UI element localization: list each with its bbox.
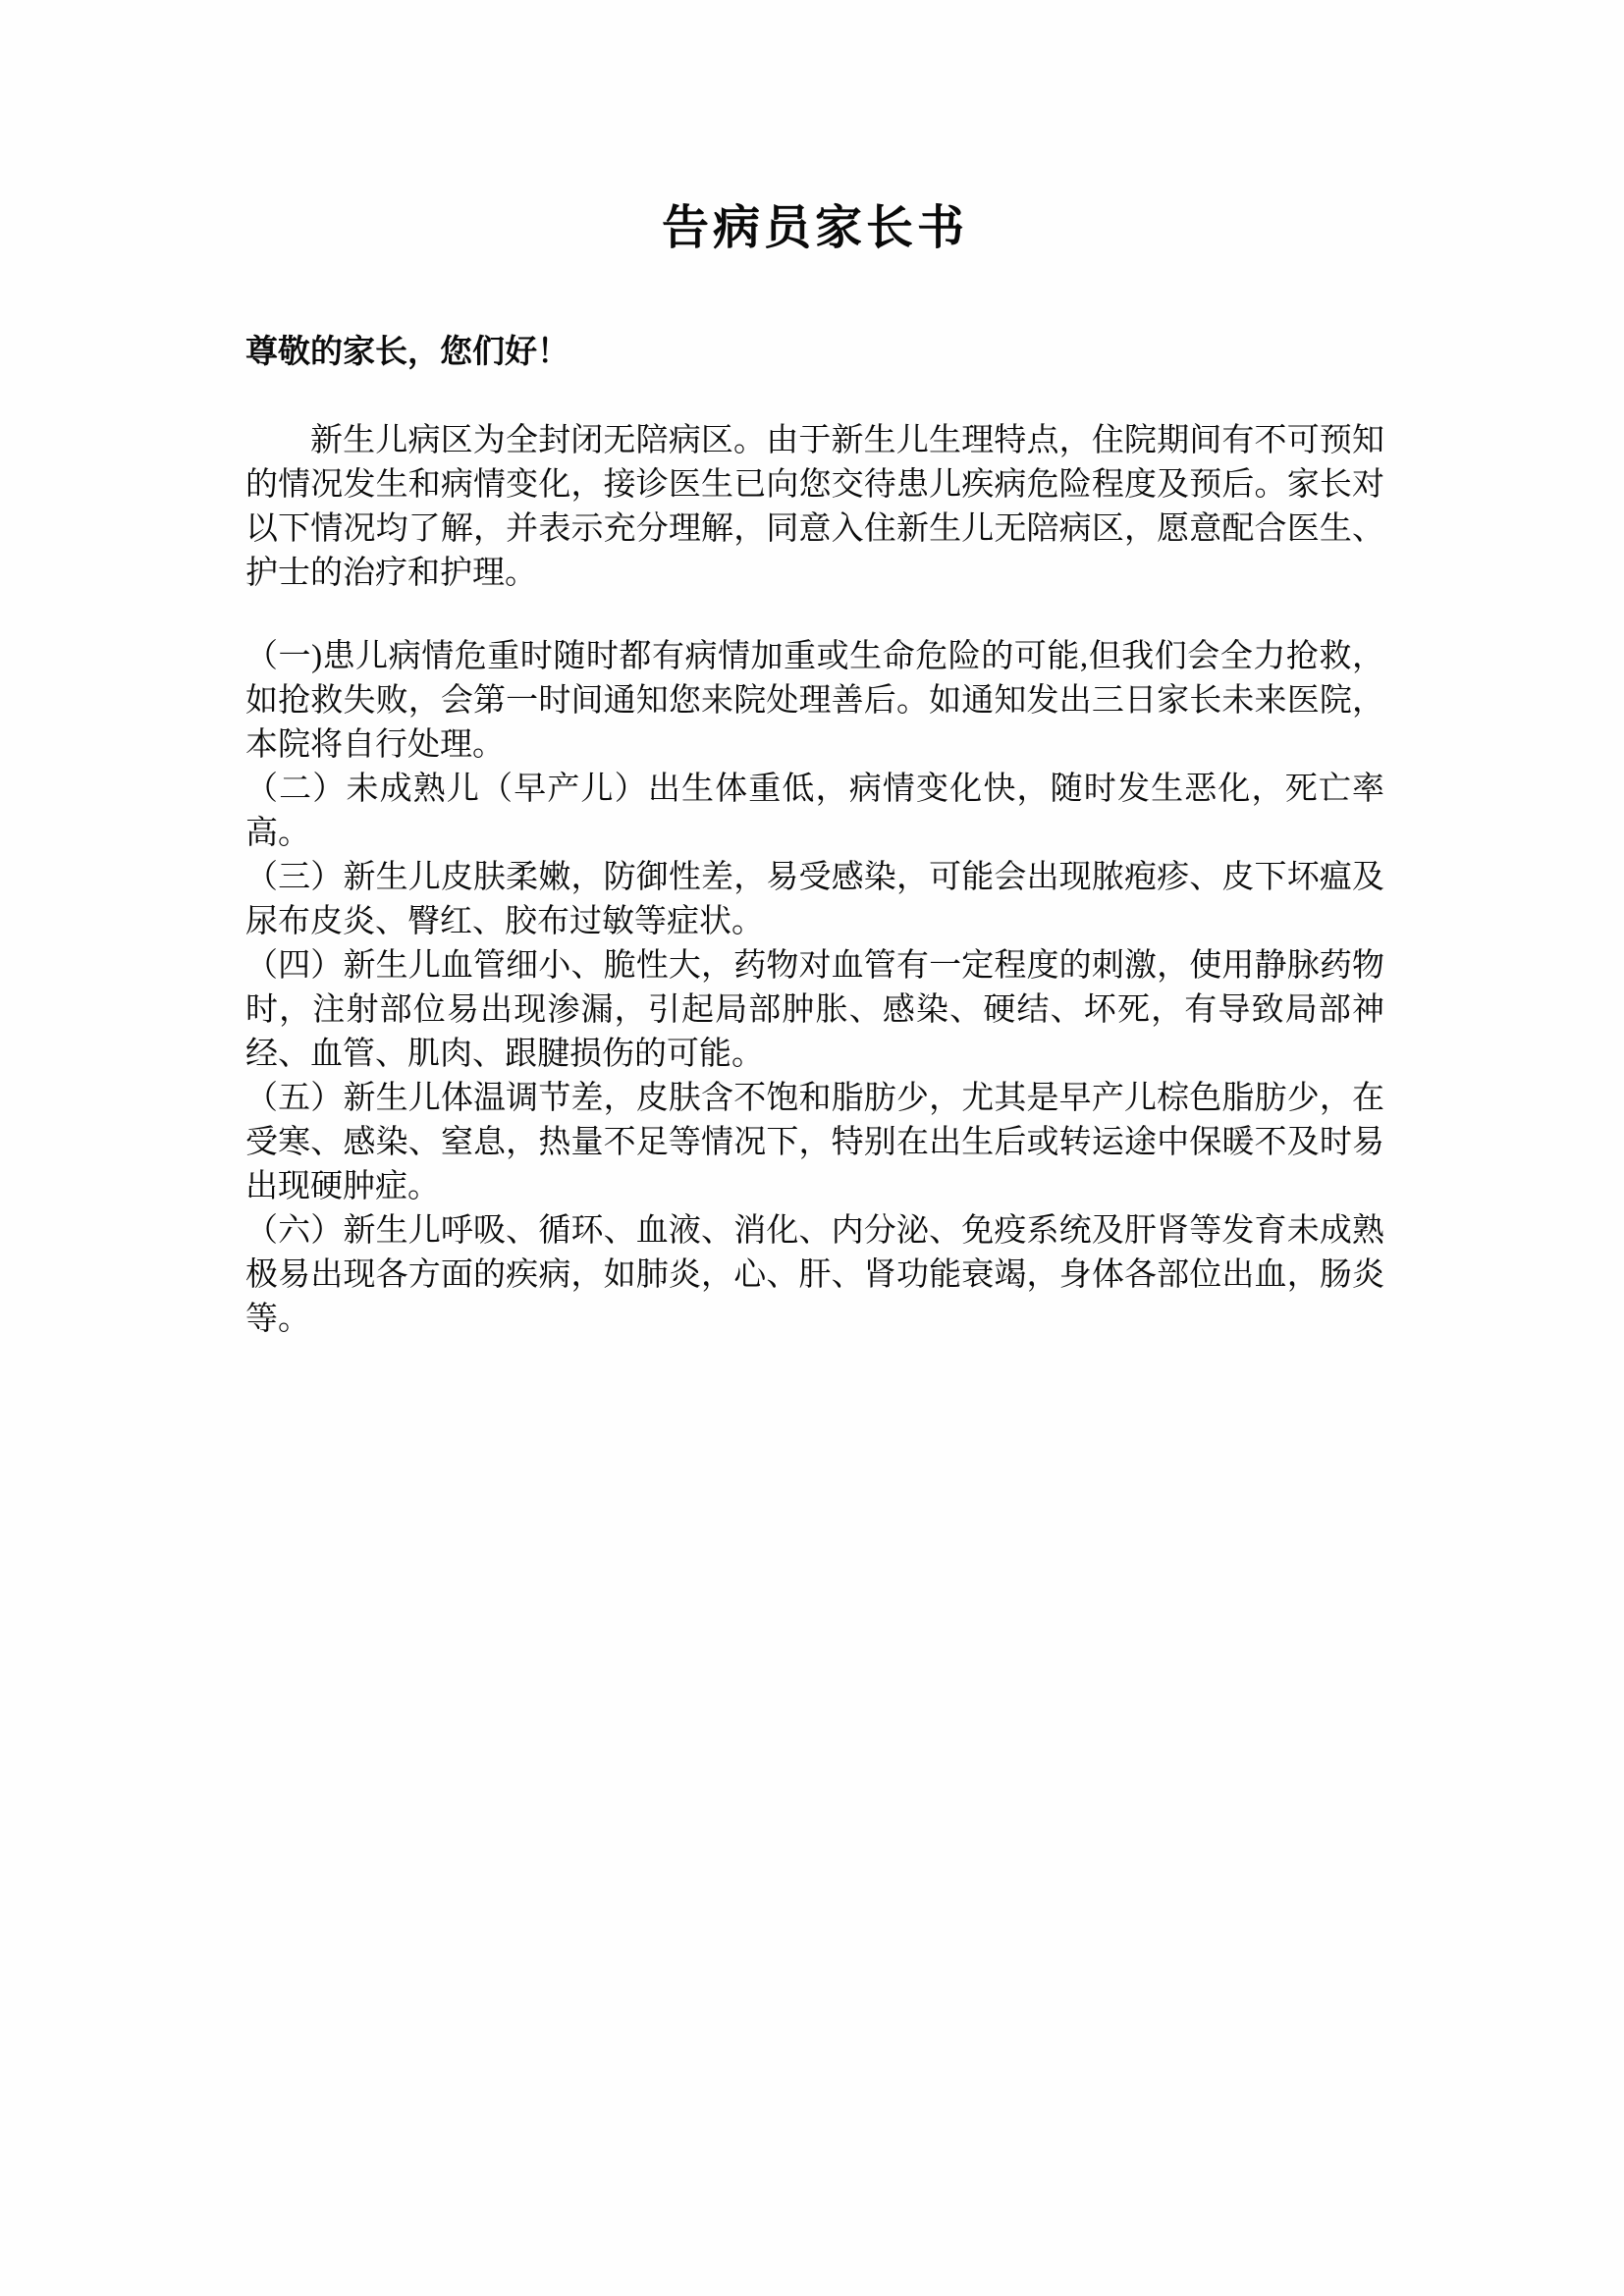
greeting-line: 尊敬的家长，您们好！ xyxy=(245,331,1384,375)
page-title: 告病员家长书 xyxy=(245,196,1384,261)
clause-2: （二）未成熟儿（早产儿）出生体重低，病情变化快，随时发生恶化，死亡率高。 xyxy=(245,768,1384,856)
document-content: 告病员家长书 尊敬的家长，您们好！ 新生儿病区为全封闭无陪病区。由于新生儿生理特… xyxy=(0,0,1624,1342)
clause-4: （四）新生儿血管细小、脆性大，药物对血管有一定程度的刺激，使用静脉药物时，注射部… xyxy=(245,944,1384,1077)
clause-6: （六）新生儿呼吸、循环、血液、消化、内分泌、免疫系统及肝肾等发育未成熟极易出现各… xyxy=(245,1209,1384,1342)
intro-paragraph: 新生儿病区为全封闭无陪病区。由于新生儿生理特点，住院期间有不可预知的情况发生和病… xyxy=(245,419,1384,596)
clause-5: （五）新生儿体温调节差，皮肤含不饱和脂肪少，尤其是早产儿棕色脂肪少，在受寒、感染… xyxy=(245,1077,1384,1209)
clause-list: （一)患儿病情危重时随时都有病情加重或生命危险的可能,但我们会全力抢救，如抢救失… xyxy=(245,635,1384,1342)
document-page: 告病员家长书 尊敬的家长，您们好！ 新生儿病区为全封闭无陪病区。由于新生儿生理特… xyxy=(0,0,1624,2296)
clause-3: （三）新生儿皮肤柔嫩，防御性差，易受感染，可能会出现脓疱疹、皮下坏瘟及尿布皮炎、… xyxy=(245,856,1384,944)
clause-1: （一)患儿病情危重时随时都有病情加重或生命危险的可能,但我们会全力抢救，如抢救失… xyxy=(245,635,1384,768)
